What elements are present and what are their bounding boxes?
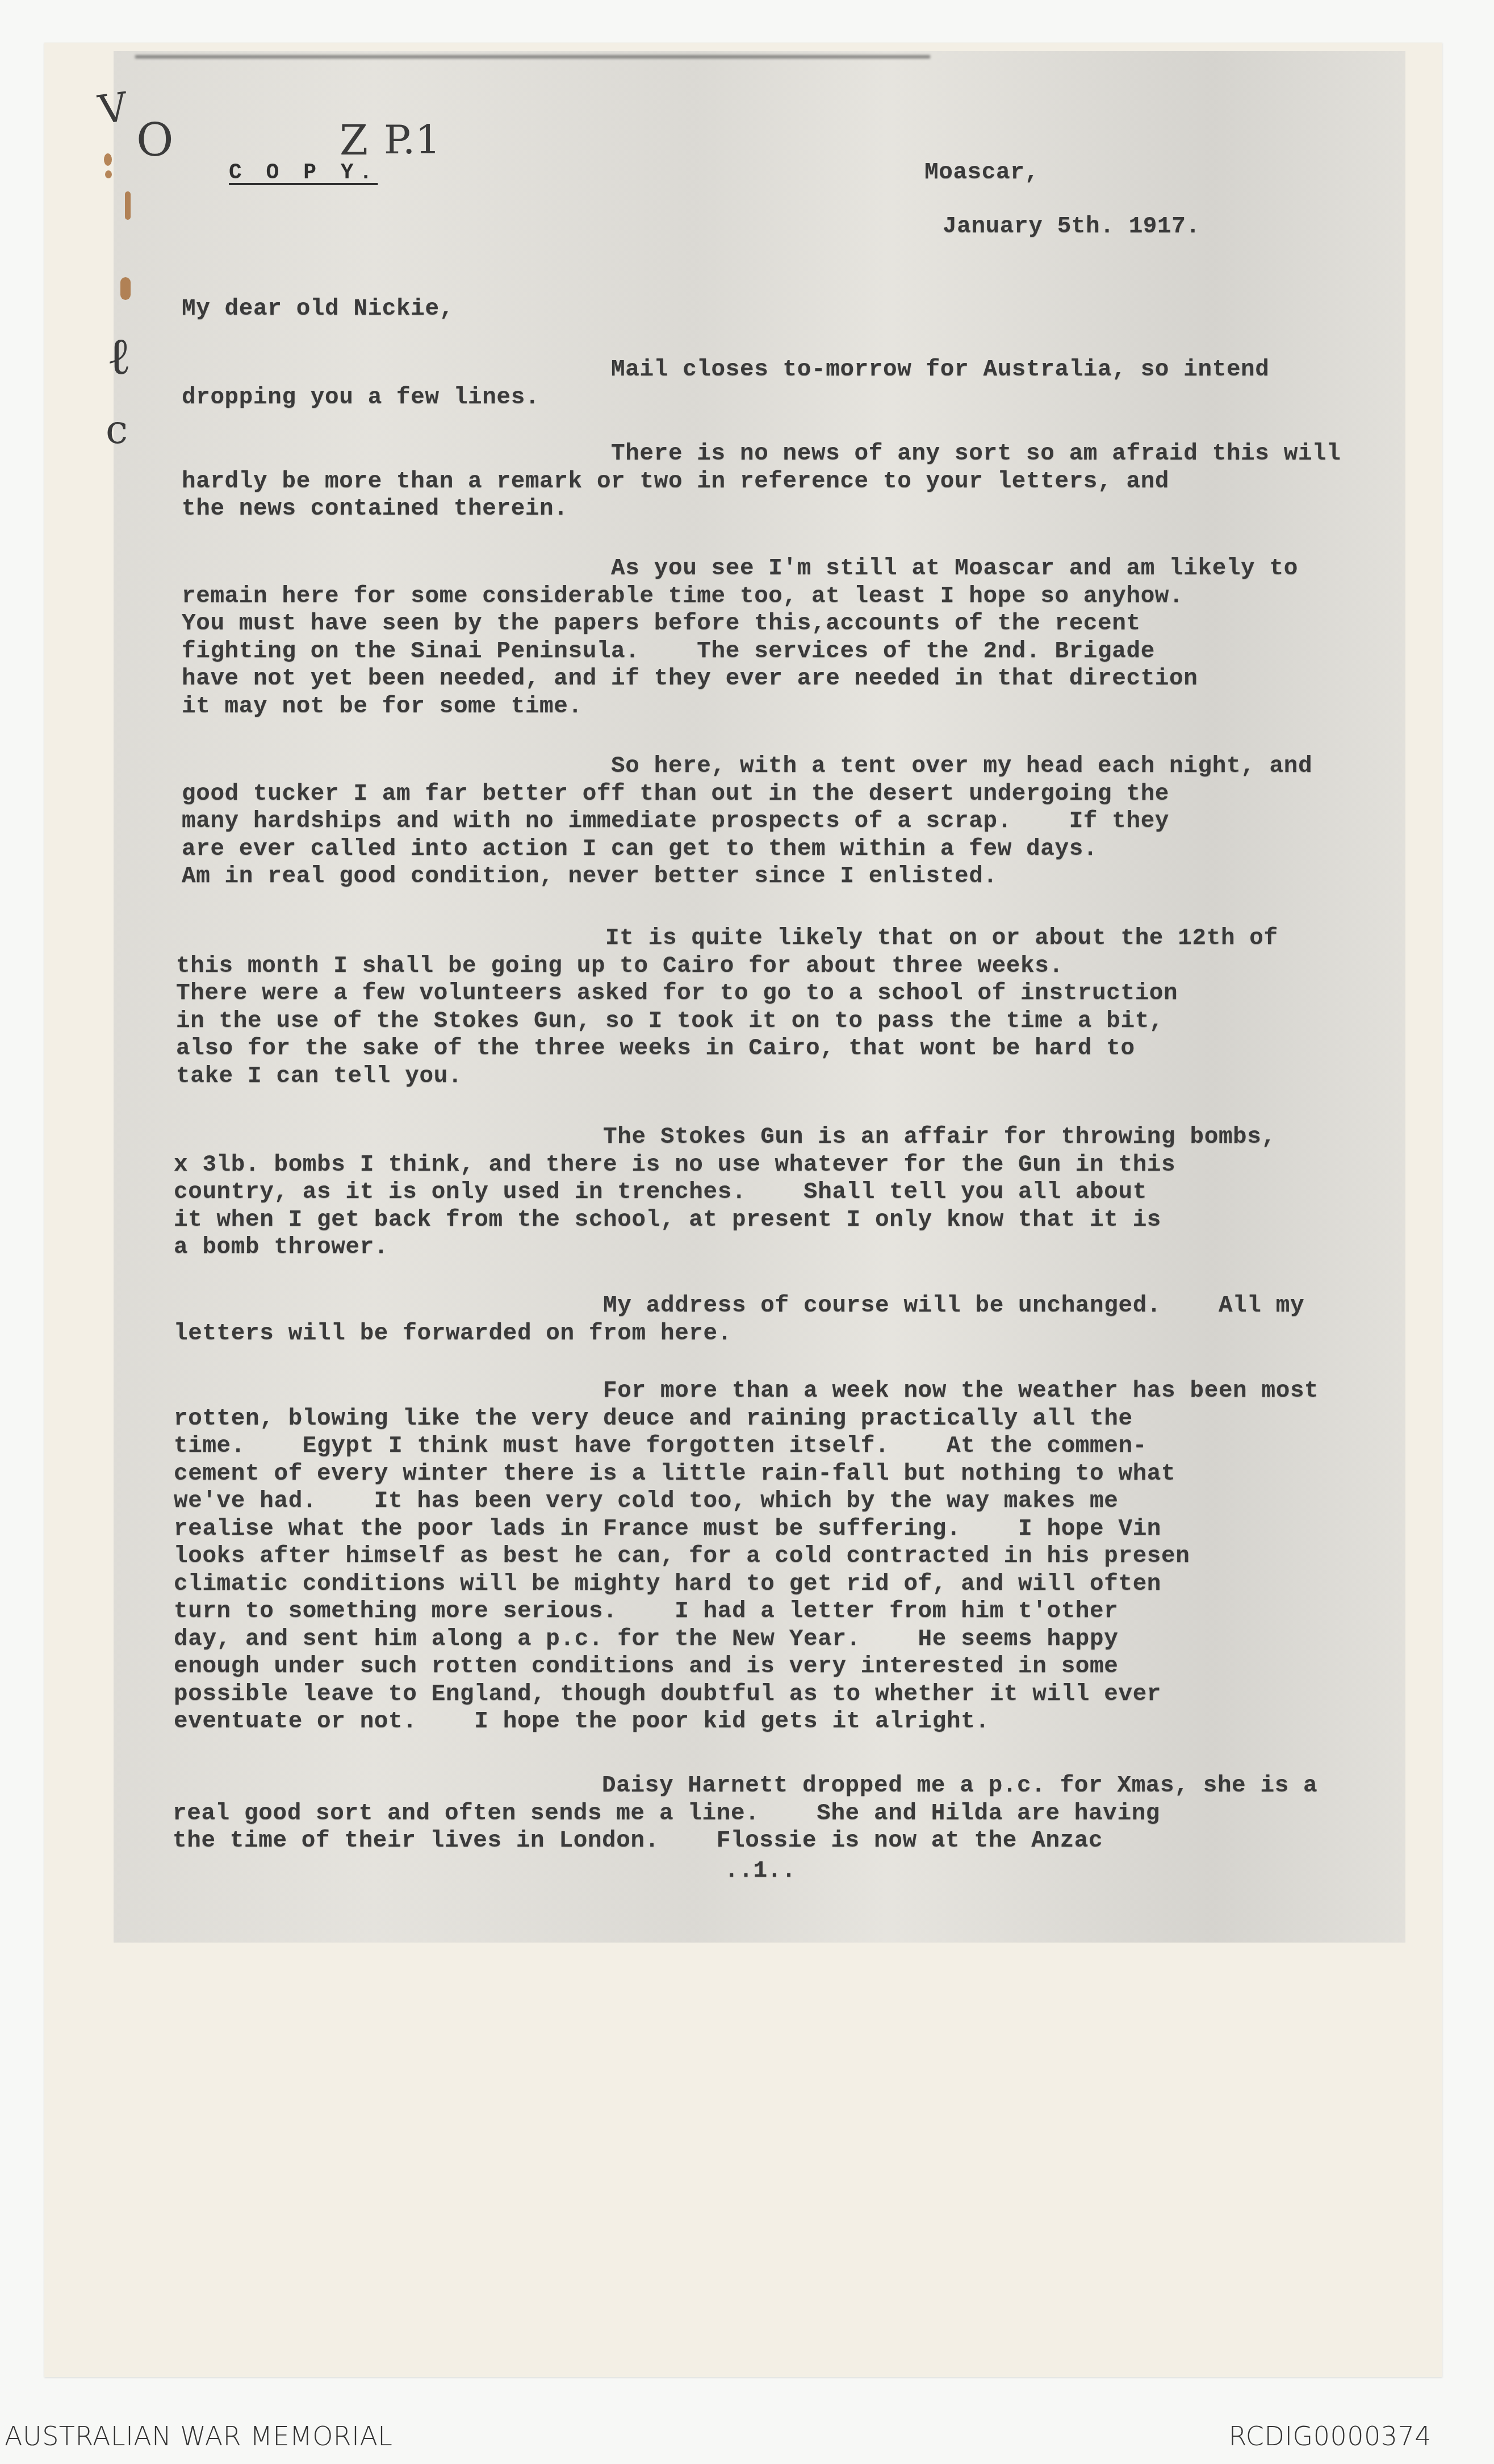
page-number: ..1.. — [725, 1857, 796, 1885]
letter-paragraph-9: Daisy Harnett dropped me a p.c. for Xmas… — [173, 1772, 1317, 1855]
footer-institution: AUSTRALIAN WAR MEMORIAL — [5, 2421, 393, 2452]
letter-page: V O C O P Y. Z P.1 ℓ с Moascar, January … — [44, 43, 1442, 2377]
letter-paragraph-7: My address of course will be unchanged. … — [174, 1292, 1304, 1347]
copy-label: C O P Y. — [229, 161, 378, 185]
handwritten-margin-scribble: с — [106, 406, 128, 453]
handwritten-check-mark: V — [96, 83, 131, 133]
footer-item-id: RCDIG0000374 — [1229, 2421, 1432, 2452]
handwritten-z-mark: Z — [340, 116, 368, 164]
handwritten-circle-mark: O — [136, 114, 174, 166]
rust-stain — [105, 170, 112, 178]
letter-location: Moascar, — [924, 159, 1039, 187]
letter-paragraph-2: There is no news of any sort so am afrai… — [182, 440, 1341, 523]
letter-salutation: My dear old Nickie, — [182, 295, 454, 323]
rust-stain — [120, 277, 131, 300]
letter-paragraph-3: As you see I'm still at Moascar and am l… — [182, 555, 1298, 720]
letter-paragraph-4: So here, with a tent over my head each n… — [182, 753, 1312, 891]
rust-stain — [104, 153, 112, 166]
letter-paragraph-1: Mail closes to-morrow for Australia, so … — [182, 356, 1270, 411]
letter-paragraph-5: It is quite likely that on or about the … — [176, 925, 1278, 1090]
letter-date: January 5th. 1917. — [943, 213, 1200, 241]
letter-paragraph-8: For more than a week now the weather has… — [174, 1377, 1319, 1736]
letter-paragraph-6: The Stokes Gun is an affair for throwing… — [174, 1124, 1276, 1262]
handwritten-margin-scribble: ℓ — [107, 327, 131, 386]
handwritten-page-mark: P.1 — [384, 116, 441, 163]
rust-stain — [125, 191, 131, 220]
top-rule-line — [135, 55, 930, 59]
